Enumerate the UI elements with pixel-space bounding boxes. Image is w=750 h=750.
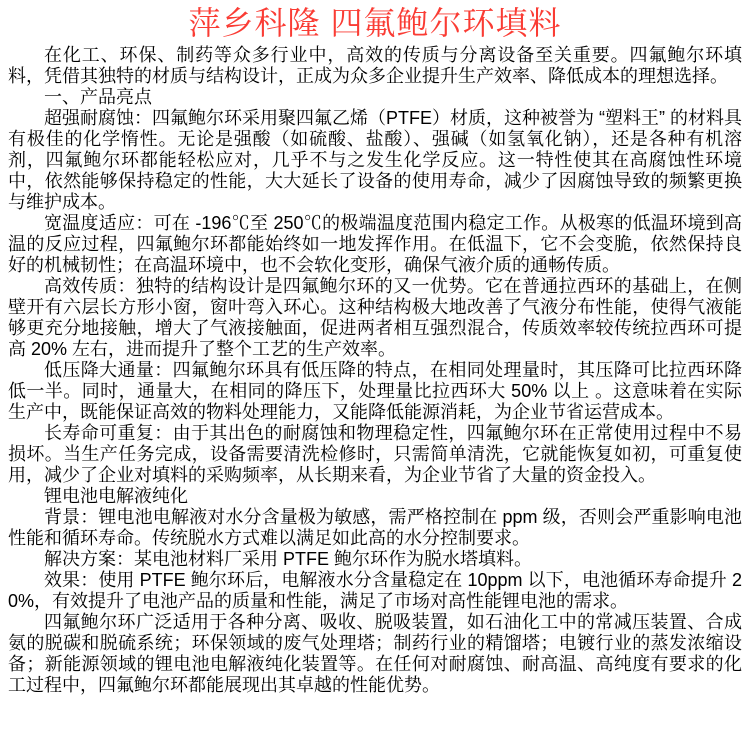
paragraph-corrosion-resistance: 超强耐腐蚀：四氟鲍尔环采用聚四氟乙烯（PTFE）材质，这种被誉为 “塑料王” 的… <box>8 108 742 213</box>
paragraph-low-pressure-drop: 低压降大通量：四氟鲍尔环具有低压降的特点，在相同处理量时，其压降可比拉西环降低一… <box>8 360 742 423</box>
paragraph-temperature-range: 宽温度适应：可在 -196℃至 250℃的极端温度范围内稳定工作。从极寒的低温环… <box>8 213 742 276</box>
paragraph-effect: 效果：使用 PTFE 鲍尔环后，电解液水分含量稳定在 10ppm 以下，电池循环… <box>8 570 742 612</box>
document-body: 在化工、环保、制药等众多行业中，高效的传质与分离设备至关重要。四氟鲍尔环填料，凭… <box>8 45 742 696</box>
paragraph-solution: 解决方案：某电池材料厂采用 PTFE 鲍尔环作为脱水塔填料。 <box>8 549 742 570</box>
section-heading-electrolyte-purification: 锂电池电解液纯化 <box>8 486 742 507</box>
paragraph-background: 背景：锂电池电解液对水分含量极为敏感，需严格控制在 ppm 级，否则会严重影响电… <box>8 507 742 549</box>
document-page: 萍乡科隆 四氟鲍尔环填料 在化工、环保、制药等众多行业中，高效的传质与分离设备至… <box>0 0 750 750</box>
section-heading-product-highlights: 一、产品亮点 <box>8 87 742 108</box>
paragraph-long-life-reusable: 长寿命可重复：由于其出色的耐腐蚀和物理稳定性，四氟鲍尔环在正常使用过程中不易损坏… <box>8 423 742 486</box>
closing-applications-paragraph: 四氟鲍尔环广泛适用于各种分离、吸收、脱吸装置，如石油化工中的常减压装置、合成氨的… <box>8 612 742 696</box>
intro-paragraph: 在化工、环保、制药等众多行业中，高效的传质与分离设备至关重要。四氟鲍尔环填料，凭… <box>8 45 742 87</box>
document-title: 萍乡科隆 四氟鲍尔环填料 <box>8 4 742 42</box>
paragraph-mass-transfer-efficiency: 高效传质：独特的结构设计是四氟鲍尔环的又一优势。它在普通拉西环的基础上，在侧壁开… <box>8 276 742 360</box>
